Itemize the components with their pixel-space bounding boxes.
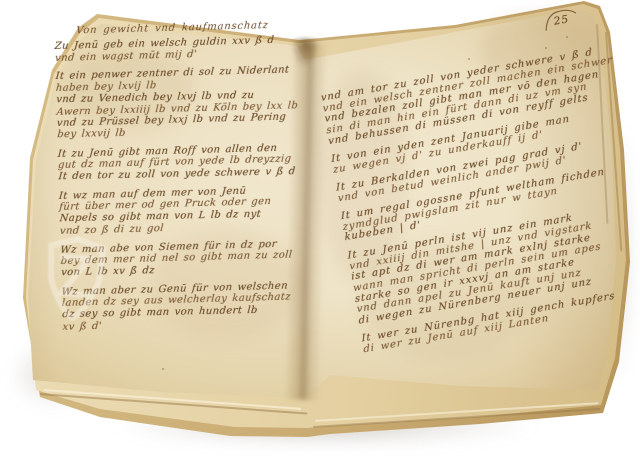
ink-speck — [566, 36, 568, 38]
right-page-text: vnd am tor zu zoll von yeder schwere v ß… — [320, 45, 640, 363]
ink-speck — [545, 47, 547, 49]
ink-speck — [468, 58, 470, 60]
manuscript-paragraph: It zu Jenū gibt man Roff von allen dengu… — [57, 141, 314, 183]
manuscript-paragraph: Zu Jenū geb ein welsch guldin xxv ß dvnd… — [54, 34, 311, 65]
manuscript-photo: Von gewicht vnd kaufmanschatz Zu Jenū ge… — [0, 0, 640, 463]
ink-speck — [162, 368, 164, 370]
manuscript-paragraph: It wz man auf dem mer von Jenūfürt über … — [59, 184, 316, 238]
watermark-icon — [39, 234, 111, 324]
manuscript-paragraph: It ein penwer zentner di sol zu Niderlan… — [55, 64, 313, 141]
